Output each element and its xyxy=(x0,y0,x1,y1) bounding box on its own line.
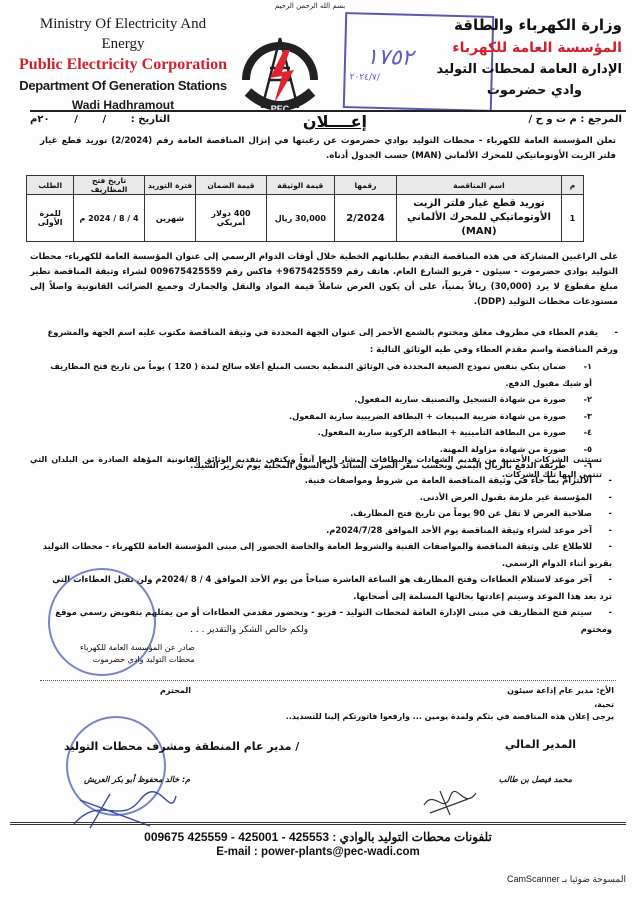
general-manager-title: / مدير عام المنطقة ومشرف محطات التوليد xyxy=(64,740,299,753)
english-letterhead: Ministry Of Electricity And Energy Publi… xyxy=(18,14,228,114)
general-manager-name: م: خالد محفوظ أبو بكر العريش xyxy=(84,775,190,784)
department-ar: الإدارة العامة لمحطات التوليد xyxy=(412,59,622,81)
condition-item: المؤسسة غير ملزمة بقبول العرض الأدنى. xyxy=(40,489,612,506)
date-separator: / xyxy=(103,114,107,125)
date-year: ٢٠م xyxy=(30,114,50,125)
document-item: ٢-صورة من شهادة التسجيل والتصنيف سارية ا… xyxy=(40,391,592,408)
document-item: ٤-صورة من البطاقة التأمينية + البطاقة ال… xyxy=(40,424,592,441)
closing-line: ولكم خالص الشكر والتقدير . . . xyxy=(190,625,308,635)
tender-table: م اسم المناقصة رقمها قيمة الوثيقة قيمة ا… xyxy=(26,175,584,242)
document-item: ١-ضمان بنكي بنفس نموذج الصيغة المحددة في… xyxy=(40,358,592,391)
col-header: تاريخ فتح المظاريف xyxy=(74,176,144,195)
corporation-ar: المؤسسة العامة للكهرباء xyxy=(412,37,622,59)
date-label: التاريخ : xyxy=(131,114,170,125)
document-page: Ministry Of Electricity And Energy Publi… xyxy=(0,0,636,899)
stamp-number: ١٧٥٢ xyxy=(366,45,414,71)
cell-supply-period: شهرين xyxy=(144,195,195,242)
table-row: 1 توريد قطع غيار فلتر الزيت الأوتوماتيكي… xyxy=(27,195,584,242)
submission-list: يقدم العطاء في مظروف مغلق ومختوم بالشمع … xyxy=(30,324,618,357)
finance-manager-name: محمد فيصل بن طالب xyxy=(499,775,572,784)
department-en: Department Of Generation Stations xyxy=(18,76,228,96)
finance-manager-title: المدير المالي xyxy=(505,738,576,751)
broadcast-request: يرجى إعلان هذه المناقصة في بثكم ولمدة يو… xyxy=(286,712,614,721)
ministry-ar: وزارة الكهرباء والطاقة xyxy=(412,14,622,37)
condition-item: الالتزام بما جاء في وثيقة المناقصة العام… xyxy=(40,472,612,489)
date-separator: / xyxy=(74,114,78,125)
cell-guarantee: 400 دولار أمريكي xyxy=(196,195,266,242)
col-header: م xyxy=(561,176,583,195)
footer-email: E-mail : power-plants@pec-wadi.com xyxy=(0,846,636,858)
reference-label: المرجع : م ت و ح / xyxy=(529,114,623,125)
document-item: ٣-صورة من شهادة ضريبة المبيعات + البطاقة… xyxy=(40,408,592,425)
addressee-divider xyxy=(40,680,616,681)
footer-divider xyxy=(10,822,626,825)
addressee-respected: المحترم xyxy=(160,686,191,695)
cell-doc-value: 30,000 ريال xyxy=(266,195,334,242)
camscanner-watermark: المسوحة ضوئيا بـ CamScanner xyxy=(507,874,626,885)
ministry-en: Ministry Of Electricity And Energy xyxy=(18,14,228,54)
addressee-to: الأخ: مدير عام إذاعة سيئون xyxy=(507,686,614,695)
cell-opening-date: 4 / 8 / 2024 م xyxy=(74,195,144,242)
col-header: قيمة الضمان xyxy=(196,176,266,195)
table-header-row: م اسم المناقصة رقمها قيمة الوثيقة قيمة ا… xyxy=(27,176,584,195)
condition-item: آخر موعد لشراء وثيقة المناقصة يوم الأحد … xyxy=(40,522,612,539)
corporation-en: Public Electricity Corporation xyxy=(18,54,228,76)
phones-label: تلفونات محطات التوليد بالوادي : xyxy=(332,830,492,844)
announcement-title: إعــــلان xyxy=(303,112,367,131)
phones-numbers: 009675 425559 - 425001 - 425553 xyxy=(144,830,329,844)
pec-logo-icon: PEC xyxy=(240,20,320,116)
region-ar: وادي حضرموت xyxy=(412,81,622,101)
cell-tender-name: توريد قطع غيار فلتر الزيت الأوتوماتيكي ل… xyxy=(396,195,561,242)
cell-num: 1 xyxy=(561,195,583,242)
col-header: قيمة الوثيقة xyxy=(266,176,334,195)
col-header: اسم المناقصة xyxy=(396,176,561,195)
condition-item: للاطلاع على وثيقة المناقصة والمواصفات ال… xyxy=(40,538,612,571)
cell-request: للمرة الأولى xyxy=(27,195,74,242)
signature-icon xyxy=(420,785,480,819)
col-header: فترة التوريد xyxy=(144,176,195,195)
col-header: رقمها xyxy=(334,176,396,195)
issued-by-line2: محطات التوليد وادي حضرموت xyxy=(80,654,195,666)
condition-item: صلاحية العرض لا تقل عن 90 يوماً من تاريخ… xyxy=(40,505,612,522)
cell-tender-no: 2/2024 xyxy=(334,195,396,242)
issued-by: صادر عن المؤسسة العامة للكهرباء محطات ال… xyxy=(80,642,195,666)
arabic-letterhead: وزارة الكهرباء والطاقة المؤسسة العامة لل… xyxy=(412,14,622,101)
submission-item: يقدم العطاء في مظروف مغلق ومختوم بالشمع … xyxy=(30,324,618,357)
republic-label: بسم الله الرحمن الرحيم xyxy=(270,2,350,10)
body-paragraph: على الراغبين المشاركة في هذه المناقصة ال… xyxy=(30,250,618,310)
issued-by-line1: صادر عن المؤسسة العامة للكهرباء xyxy=(80,642,195,654)
col-header: الطلب xyxy=(27,176,74,195)
meta-row: المرجع : م ت و ح / إعــــلان التاريخ : /… xyxy=(30,114,622,132)
greeting: تحية، xyxy=(594,700,614,709)
footer-phones: تلفونات محطات التوليد بالوادي : 009675 4… xyxy=(0,830,636,844)
intro-paragraph: تعلن المؤسسة العامة للكهرباء - محطات الت… xyxy=(40,134,616,164)
date-field: التاريخ : / / ٢٠م xyxy=(30,114,170,125)
svg-text:PEC: PEC xyxy=(271,104,290,114)
stamp-date: ٢٠٢٤/٧/ xyxy=(349,72,380,83)
